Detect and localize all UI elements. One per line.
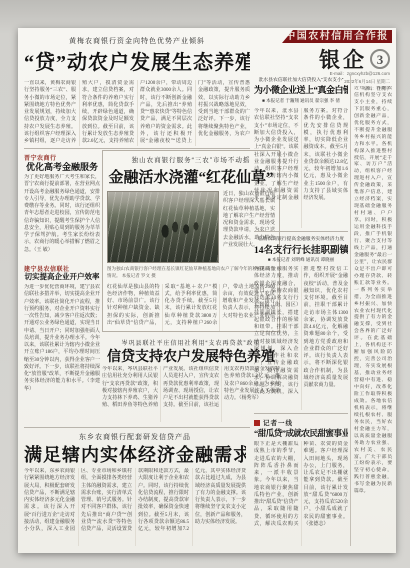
divider: [254, 231, 348, 232]
sidebar-account-headline: 切实提高企业开户效率: [24, 271, 100, 282]
feature-headline: 金融活水浇灌“红花仙草”: [107, 166, 275, 187]
guazhi-byline: ■ 本报记者 刘明峰 通讯员 谭晓丽: [254, 257, 348, 263]
sidebar-exam-headline: 优化高考金融服务: [24, 160, 100, 173]
guazhi-headline: 14名支行行长挂职副镇长: [254, 242, 348, 256]
feature-photo-caption: 图为独山农商银行客户经理在基长镇红花仙草种植基地向农户了解今年的种植和销售情况。…: [107, 266, 275, 280]
column-divider: [350, 76, 351, 546]
sidebar-exam-body: 为了更好地服务广大考生和家长，晋宁农商行提前部署，在营业网点开设高考金融服务绿色…: [24, 174, 100, 258]
page-sheet: 中国农村信用合作报 银企3 E-mail：zgncxyhzb@126.com 2…: [18, 28, 396, 553]
reporter-tag: 记者一线: [254, 418, 348, 427]
weixiao-body: 今年以来，沘水县农信联社坚持“支农支小”市场定位，不断加大信贷投入，为小微企业发…: [254, 108, 348, 228]
lead-headline: “贷”动农户发展生态养殖: [24, 46, 250, 75]
lead-kicker: 黄梅农商银行资金向特色优势产业倾斜: [24, 36, 250, 46]
divider: [24, 148, 250, 149]
reporter-tag-icon: [254, 420, 260, 426]
feature-photo-row: 近日，独山农商银行组织客户经理深入基长镇红花仙草种植基地，实地了解农户生产经营情…: [107, 191, 275, 263]
weixiao-kicker: 沘水县农信联社加大信贷投入“支农支小”: [254, 76, 348, 83]
divider: [24, 427, 250, 428]
feature-photo: [107, 191, 219, 263]
manzu-body: 今年以来，东乡农商银行紧紧围绕地方经济发展大局，积极配套研发信贷产品，不断满足辖…: [24, 468, 246, 546]
manzu-headline: 满足辖内实体经济金融需求: [24, 441, 246, 467]
divider: [254, 413, 348, 414]
tiangua-headline: “甜瓜贷”成就农民甜蜜事业: [254, 427, 348, 439]
lead-body: 一直以来，黄梅农商银行坚持服务“三农”、服务小微的市场定位，紧紧围绕地方特色优势…: [24, 80, 250, 146]
masthead-banner: 中国农村信用合作报: [282, 30, 392, 43]
weixiao-headline: 为小微企业送上“真金白银”: [254, 83, 348, 96]
guazhi-kicker: 临朐农商银行提高金融服务实体经济力度: [254, 235, 348, 242]
newspaper-scan: { "masthead": { "banner": "中国农村信用合作报", "…: [0, 0, 410, 568]
weixiao-byline: ■ 本报记者 于瀚翔 通讯员 翟宗强 李 倩: [254, 98, 348, 104]
guazhi-body: 为提高金融服务实体经济力度，推动政银企深度融合，近日，临朐农商银行选派14名支行…: [254, 266, 348, 410]
tiangua-body: 眼下正是大棚甜瓜成熟上市的季节，走进瓜农的大棚，阵阵瓜香扑鼻而来，一派丰收景象。…: [254, 441, 348, 546]
feature-kicker: 独山农商银行服务“三农”市场不动摇: [107, 155, 275, 164]
page-number-badge: 3: [370, 49, 390, 69]
right-column-body: 近年来，各地农信机构坚守支农支小主业，持续下沉服务重心，创新金融产品，优化服务方…: [354, 86, 392, 546]
sidebar-account-body: 为进一步优化营商环境，建宁县农信联社多措并举，切实提高企业开户效率。该联社简化开…: [24, 284, 100, 392]
section-title: 银企: [319, 48, 367, 72]
feature-bottom-body: 红花仙草是独山县的特色经济作物，种植效益好、市场前景广。该行针对种植户缺资金、缺…: [107, 284, 275, 333]
reporter-tag-label: 记者一线: [263, 418, 293, 427]
